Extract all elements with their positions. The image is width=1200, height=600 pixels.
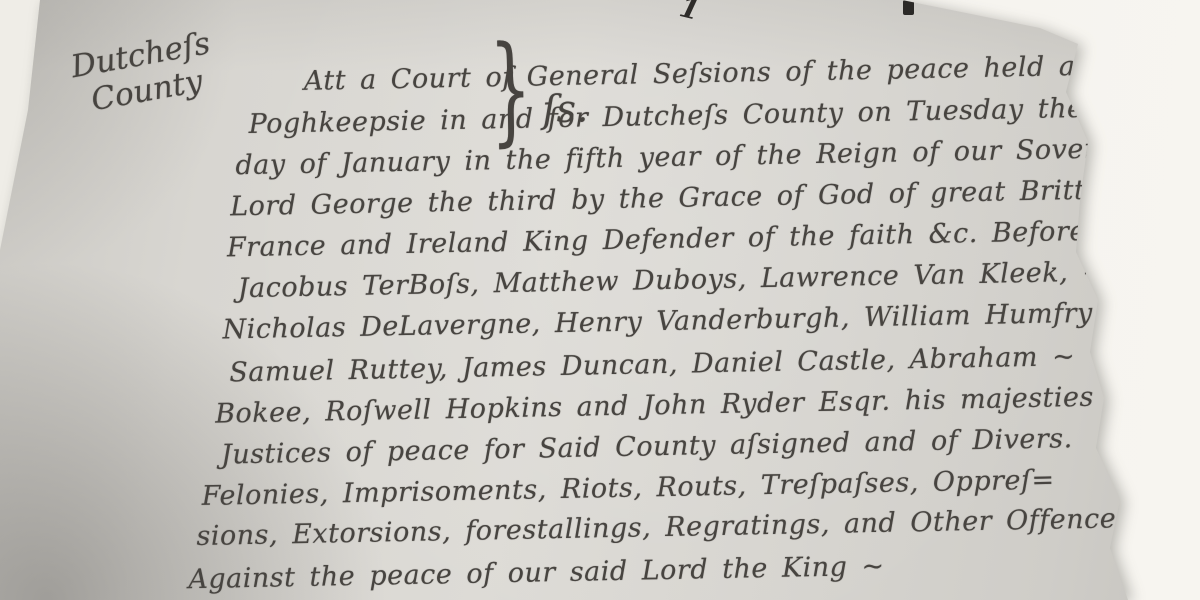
manuscript-line: Att a Court of General Seſsions of the p…	[304, 50, 1125, 97]
photo-of-manuscript: Dutcheſs County } ſs. Att a Court of Gen…	[0, 0, 1200, 600]
manuscript-line: Jacobus TerBoſs, Matthew Duboys, Lawrenc…	[237, 257, 1105, 305]
ink-blot-icon	[903, 0, 914, 15]
manuscript-line: day of January in the fifth year of the …	[235, 132, 1159, 181]
manuscript-line: Poghkeepsie in and for Dutcheſs County o…	[248, 92, 1156, 140]
manuscript-line: Bokee, Roſwell Hopkins and John Ryder Es…	[215, 382, 1094, 430]
manuscript-line: Justices of peace for Said County aſsign…	[221, 423, 1073, 470]
manuscript-text-block: Dutcheſs County } ſs. Att a Court of Gen…	[0, 0, 1200, 600]
manuscript-line: Felonies, Imprisoments, Riots, Routs, Tr…	[201, 465, 1054, 512]
paper-sheet-wrapper: Dutcheſs County } ſs. Att a Court of Gen…	[0, 0, 1200, 600]
margin-note-county: Dutcheſs County	[68, 25, 219, 120]
manuscript-line: France and Ireland King Defender of the …	[227, 215, 1124, 263]
manuscript-line: Against the peace of our said Lord the K…	[188, 551, 885, 595]
manuscript-line: Lord George the third by the Grace of Go…	[230, 173, 1167, 222]
paper-sheet: Dutcheſs County } ſs. Att a Court of Gen…	[0, 0, 1200, 600]
manuscript-line: sions, Extorsions, forestallings, Regrat…	[196, 503, 1131, 552]
manuscript-line: Nicholas DeLavergne, Henry Vanderburgh, …	[222, 298, 1093, 346]
manuscript-line: Samuel Ruttey, James Duncan, Daniel Cast…	[229, 341, 1075, 388]
